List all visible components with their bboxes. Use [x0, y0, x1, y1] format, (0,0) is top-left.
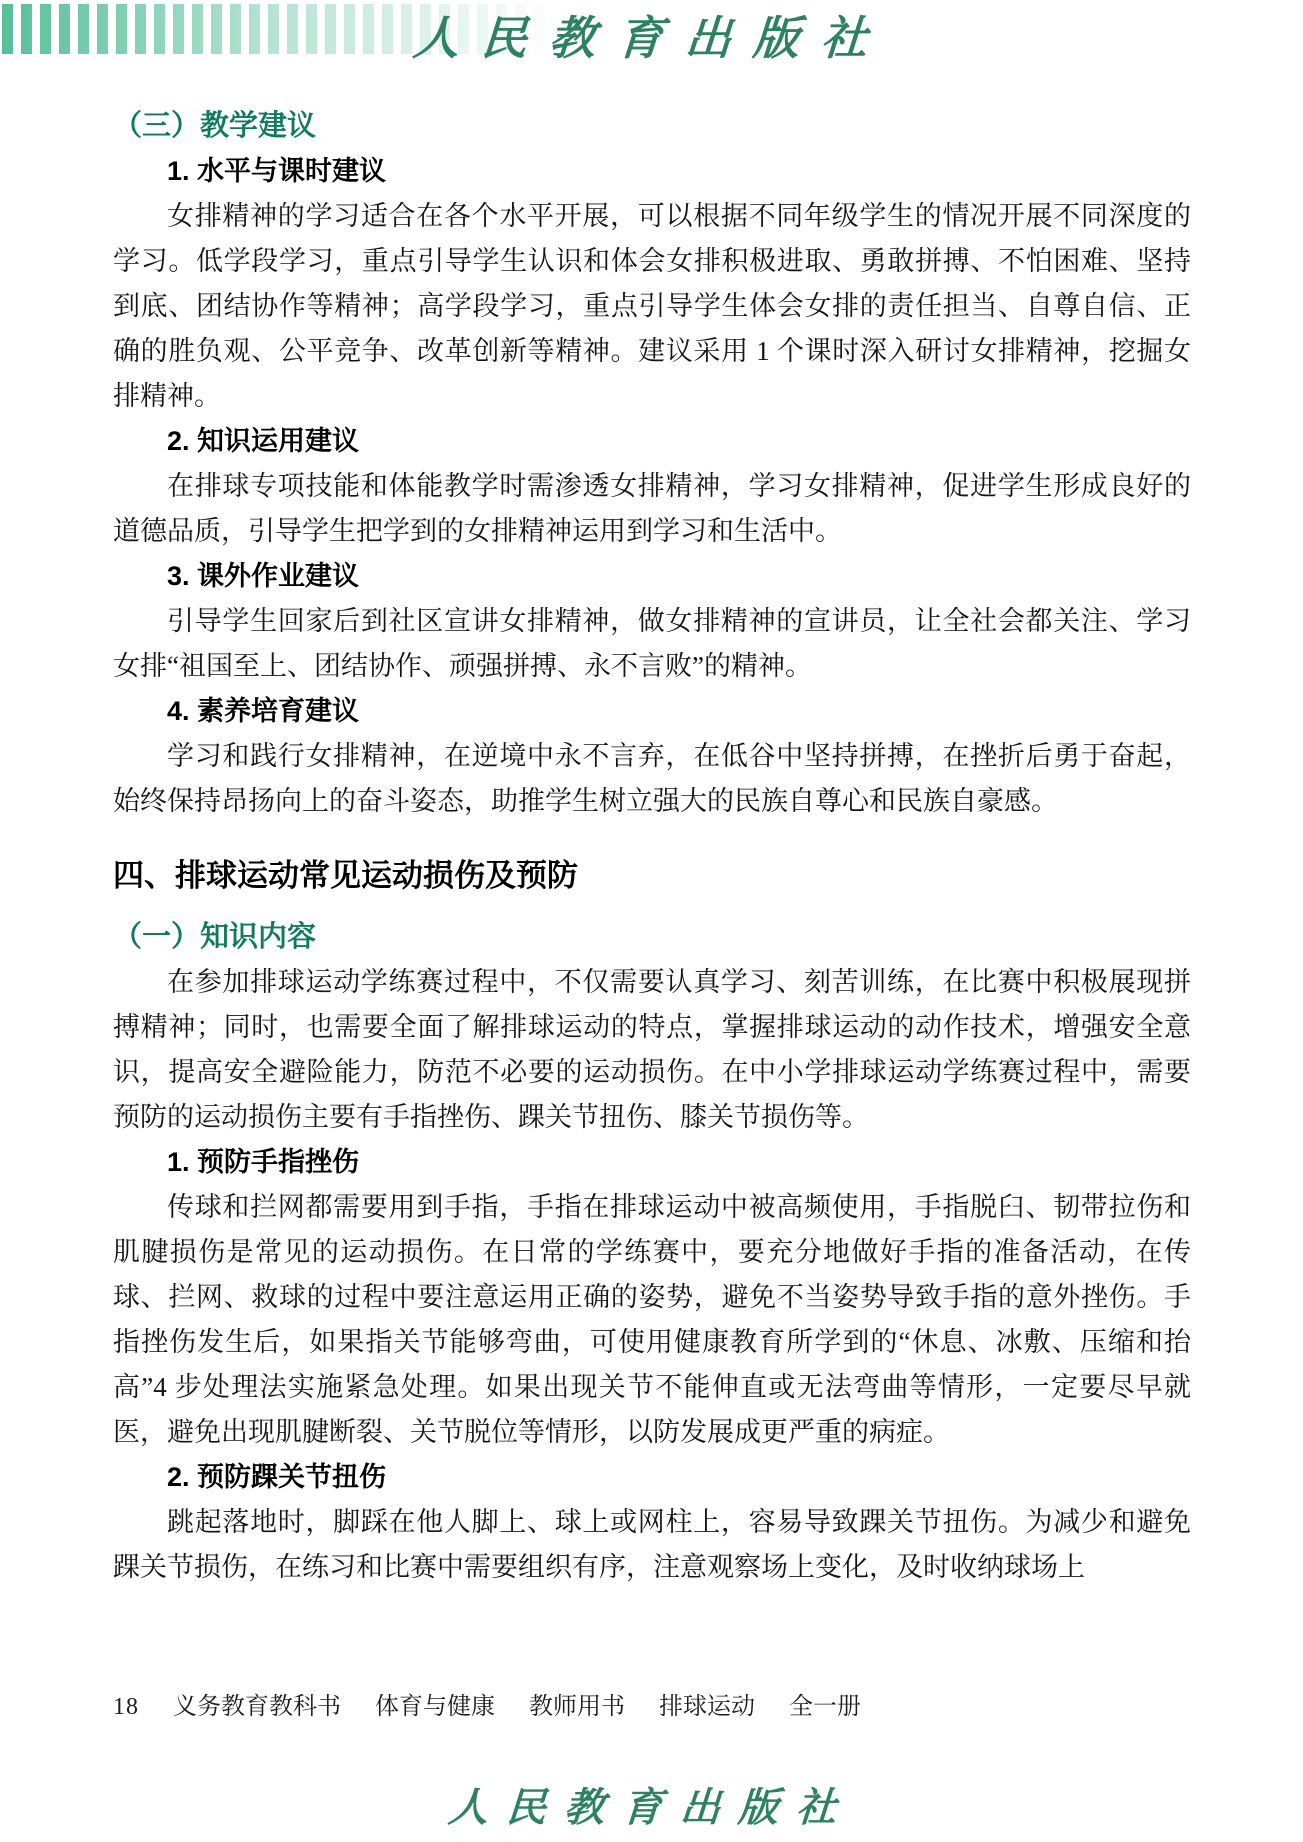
- page-content: （三）教学建议 1. 水平与课时建议 女排精神的学习适合在各个水平开展，可以根据…: [113, 103, 1191, 1590]
- heading-section3-teaching-advice: （三）教学建议: [113, 103, 1191, 149]
- page-number: 18: [113, 1691, 139, 1723]
- footer-book-type: 教师用书: [529, 1691, 625, 1723]
- textbook-page: { "branding": { "press_name_header": "人民…: [0, 0, 1303, 1842]
- subheading-level-and-lesson-advice: 1. 水平与课时建议: [113, 149, 1191, 194]
- subheading-knowledge-application-advice: 2. 知识运用建议: [113, 419, 1191, 464]
- footer-volume: 全一册: [789, 1691, 861, 1723]
- paragraph-knowledge-content: 在参加排球运动学练赛过程中，不仅需要认真学习、刻苦训练，在比赛中积极展现拼搏精神…: [113, 960, 1191, 1140]
- heading-knowledge-content: （一）知识内容: [113, 914, 1191, 960]
- footer-series: 义务教育教科书: [173, 1691, 341, 1723]
- subheading-homework-advice: 3. 课外作业建议: [113, 554, 1191, 599]
- heading-section4-common-injuries: 四、排球运动常见运动损伤及预防: [113, 851, 1191, 901]
- subheading-competency-cultivation-advice: 4. 素养培育建议: [113, 689, 1191, 734]
- paragraph-competency-cultivation-advice: 学习和践行女排精神，在逆境中永不言弃，在低谷中坚持拼搏，在挫折后勇于奋起，始终保…: [113, 734, 1191, 824]
- paragraph-homework-advice: 引导学生回家后到社区宣讲女排精神，做女排精神的宣讲员，让全社会都关注、学习女排“…: [113, 599, 1191, 689]
- press-logo-footer: 人民教育出版社: [0, 1776, 1303, 1833]
- paragraph-prevent-finger-injury: 传球和拦网都需要用到手指，手指在排球运动中被高频使用，手指脱臼、韧带拉伤和肌腱损…: [113, 1185, 1191, 1455]
- footer-topic: 排球运动: [659, 1691, 755, 1723]
- paragraph-level-and-lesson-advice: 女排精神的学习适合在各个水平开展，可以根据不同年级学生的情况开展不同深度的学习。…: [113, 194, 1191, 419]
- paragraph-knowledge-application-advice: 在排球专项技能和体能教学时需渗透女排精神，学习女排精神，促进学生形成良好的道德品…: [113, 464, 1191, 554]
- subheading-prevent-finger-injury: 1. 预防手指挫伤: [113, 1140, 1191, 1185]
- press-logo-header: 人民教育出版社: [0, 2, 1303, 68]
- paragraph-prevent-ankle-sprain: 跳起落地时，脚踩在他人脚上、球上或网柱上，容易导致踝关节扭伤。为减少和避免踝关节…: [113, 1500, 1191, 1590]
- footer-subject: 体育与健康: [375, 1691, 495, 1723]
- page-footer: 18 义务教育教科书 体育与健康 教师用书 排球运动 全一册: [113, 1691, 1191, 1723]
- subheading-prevent-ankle-sprain: 2. 预防踝关节扭伤: [113, 1455, 1191, 1500]
